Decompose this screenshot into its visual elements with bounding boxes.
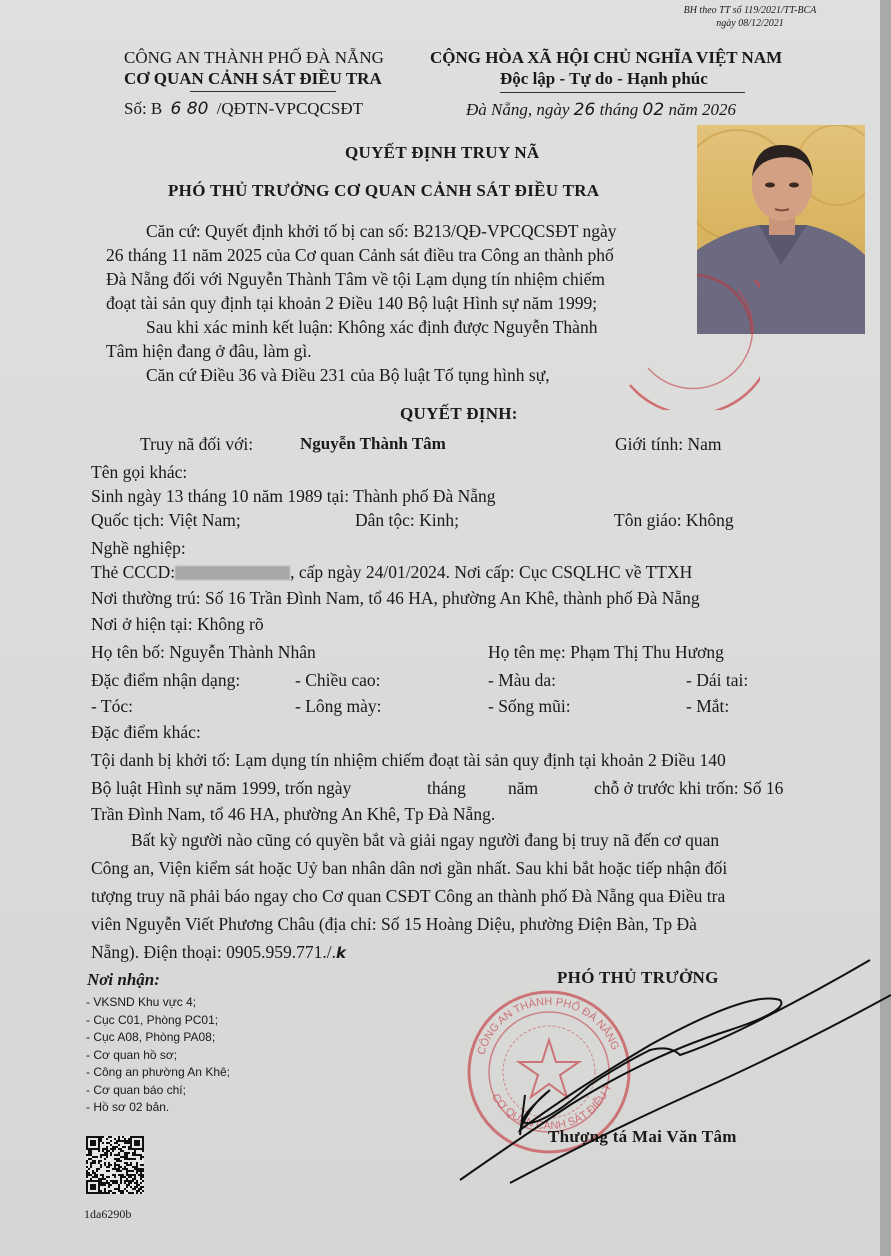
charge-line: Tội danh bị khởi tố: Lạm dụng tín nhiệm …: [91, 749, 726, 771]
instruction-line: Bất kỳ người nào cũng có quyền bắt và gi…: [131, 829, 719, 851]
feature-hair: - Tóc:: [91, 695, 133, 717]
country-name: CỘNG HÒA XÃ HỘI CHỦ NGHĨA VIỆT NAM: [430, 48, 782, 68]
wanted-person-name: Nguyễn Thành Tâm: [300, 433, 446, 455]
agency-parent: CÔNG AN THÀNH PHỐ ĐÀ NẴNG: [124, 48, 384, 68]
handwritten-signature: [450, 955, 891, 1190]
feature-eyebrows: - Lông mày:: [295, 695, 382, 717]
recipient-item: - VKSND Khu vực 4;: [86, 994, 230, 1012]
preamble-line: 26 tháng 11 năm 2025 của Cơ quan Cảnh sá…: [106, 244, 614, 266]
national-motto: Độc lập - Tự do - Hạnh phúc: [500, 69, 708, 89]
preamble-line: Tâm hiện đang ở đâu, làm gì.: [106, 340, 312, 362]
recipients-heading: Nơi nhận:: [87, 970, 160, 990]
instruction-line: viên Nguyễn Viết Phương Châu (địa chỉ: S…: [91, 913, 697, 935]
photo-seal-stamp: [610, 270, 760, 410]
nationality: Quốc tịch: Việt Nam;: [91, 509, 241, 531]
feature-height: - Chiều cao:: [295, 669, 381, 691]
birth-info: Sinh ngày 13 tháng 10 năm 1989 tại: Thàn…: [91, 485, 496, 507]
preamble-line: Sau khi xác minh kết luận: Không xác địn…: [146, 316, 597, 338]
permanent-address: Nơi thường trú: Số 16 Trần Đình Nam, tổ …: [91, 587, 700, 609]
initials-mark: k: [336, 944, 346, 962]
instruction-line: Nẵng). Điện thoại: 0905.959.771./.k: [91, 941, 346, 964]
father-name: Họ tên bố: Nguyễn Thành Nhân: [91, 641, 316, 663]
document-number: Số: B 6 80 /QĐTN-VPCQCSĐT: [124, 99, 363, 119]
agency-name: CƠ QUAN CẢNH SÁT ĐIỀU TRA: [124, 69, 382, 89]
recipient-item: - Cục C01, Phòng PC01;: [86, 1012, 230, 1030]
handwritten-day: 26: [574, 100, 596, 120]
document-title: QUYẾT ĐỊNH TRUY NÃ: [345, 143, 539, 163]
charge-line: Bộ luật Hình sự năm 1999, trốn ngày: [91, 777, 351, 799]
agency-underline: [190, 91, 336, 92]
preamble-line: Căn cứ: Quyết định khởi tố bị can số: B2…: [146, 220, 616, 242]
feature-eyes: - Mắt:: [686, 695, 729, 717]
recipient-item: - Cơ quan hồ sơ;: [86, 1047, 230, 1065]
form-reference-note: BH theo TT số 119/2021/TT-BCA ngày 08/12…: [630, 4, 870, 30]
recipient-item: - Hồ sơ 02 bản.: [86, 1099, 230, 1117]
preamble-line: đoạt tài sản quy định tại khoản 2 Điều 1…: [106, 292, 597, 314]
charge-month-label: tháng: [427, 777, 466, 799]
redacted-id-number: [175, 566, 290, 580]
charge-line: Trần Đình Nam, tổ 46 HA, phường An Khê, …: [91, 803, 495, 825]
handwritten-month: 02: [643, 100, 665, 120]
issue-date: Đà Nẵng, ngày 26 tháng 02 năm 2026: [466, 100, 736, 120]
features-label: Đặc điểm nhận dạng:: [91, 669, 240, 691]
charge-year-label: năm: [508, 777, 538, 799]
preamble-line: Đà Nẵng đối với Nguyễn Thành Tâm về tội …: [106, 268, 605, 290]
instruction-line: tượng truy nã phải báo ngay cho Cơ quan …: [91, 885, 725, 907]
mother-name: Họ tên mẹ: Phạm Thị Thu Hương: [488, 641, 724, 663]
gender: Giới tính: Nam: [615, 433, 721, 455]
preamble-line: Căn cứ Điều 36 và Điều 231 của Bộ luật T…: [146, 364, 550, 386]
religion: Tôn giáo: Không: [614, 509, 734, 531]
recipient-item: - Cục A08, Phòng PA08;: [86, 1029, 230, 1047]
recipient-item: - Công an phường An Khê;: [86, 1064, 230, 1082]
feature-skin: - Màu da:: [488, 669, 556, 691]
feature-nose: - Sống mũi:: [488, 695, 571, 717]
wanted-label: Truy nã đối với:: [140, 433, 253, 455]
document-subtitle: PHÓ THỦ TRƯỞNG CƠ QUAN CẢNH SÁT ĐIỀU TRA: [168, 181, 599, 201]
alias: Tên gọi khác:: [91, 461, 187, 483]
current-address: Nơi ở hiện tại: Không rõ: [91, 613, 264, 635]
decision-heading: QUYẾT ĐỊNH:: [400, 404, 518, 424]
ethnicity: Dân tộc: Kinh;: [355, 509, 459, 531]
motto-underline: [500, 92, 745, 93]
occupation: Nghề nghiệp:: [91, 537, 186, 559]
qr-code-icon: [86, 1136, 144, 1194]
other-features: Đặc điểm khác:: [91, 721, 201, 743]
form-reference-line2: ngày 08/12/2021: [630, 17, 870, 30]
handwritten-number: 6 80: [171, 99, 209, 119]
form-reference-line1: BH theo TT số 119/2021/TT-BCA: [630, 4, 870, 17]
recipients-list: - VKSND Khu vực 4; - Cục C01, Phòng PC01…: [86, 994, 230, 1117]
citizen-id: Thẻ CCCD:, cấp ngày 24/01/2024. Nơi cấp:…: [91, 561, 692, 583]
recipient-item: - Cơ quan báo chí;: [86, 1082, 230, 1100]
instruction-line: Công an, Viện kiểm sát hoặc Uỷ ban nhân …: [91, 857, 727, 879]
qr-code-text: 1da6290b: [84, 1207, 131, 1222]
feature-earlobe: - Dái tai:: [686, 669, 748, 691]
charge-line: chỗ ở trước khi trốn: Số 16: [594, 777, 783, 799]
